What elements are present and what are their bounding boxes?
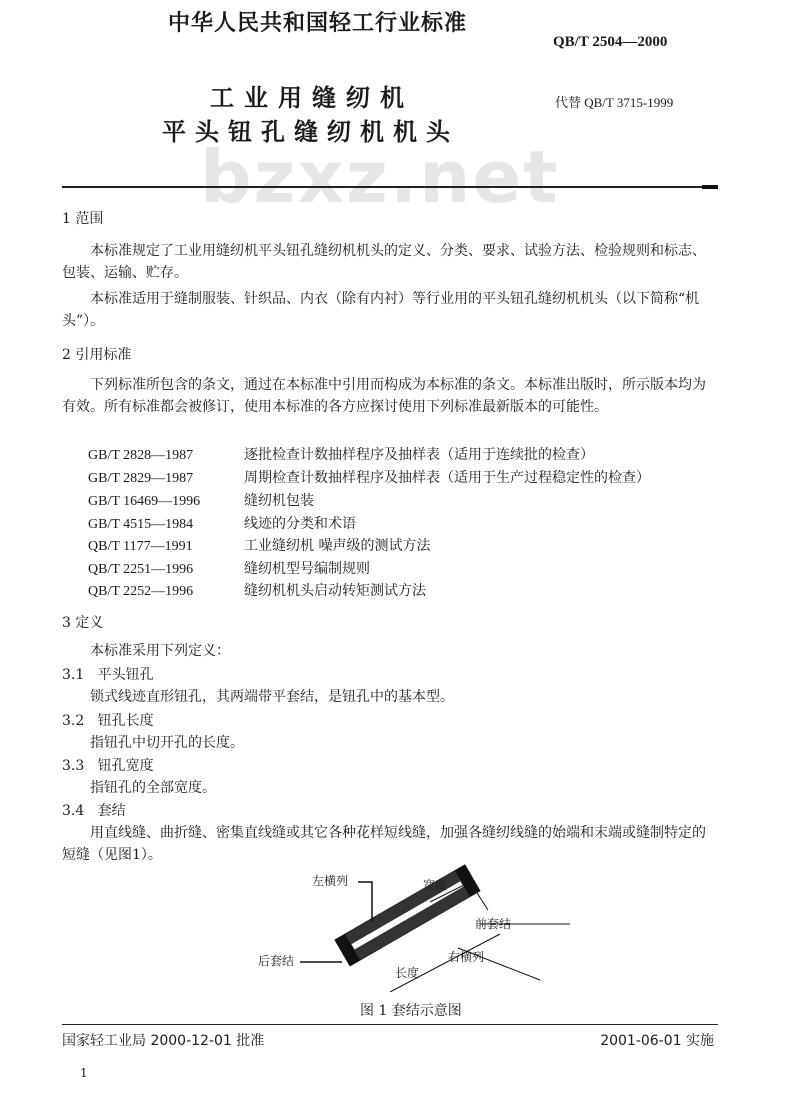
definition-text: 用直线缝、曲折缝、密集直线缝或其它各种花样短线缝，加强各缝纫线缝的始端和末端或缝… xyxy=(62,822,718,866)
definition-text: 指钮孔中切开孔的长度。 xyxy=(90,732,244,752)
section-1-heading: 1 范围 xyxy=(62,208,103,228)
footer-rule xyxy=(62,1024,718,1025)
header-rule-end xyxy=(702,185,718,189)
definition-term: 3.3 钮孔宽度 xyxy=(62,755,154,775)
page-number: 1 xyxy=(80,1066,88,1080)
definition-text: 锁式线迹直形钮孔，其两端带平套结，是钮孔中的基本型。 xyxy=(90,686,454,706)
reference-item: QB/T 2252—1996缝纫机机头启动转矩测试方法 xyxy=(88,580,426,600)
label-rear-bartack: 后套结 xyxy=(258,952,294,969)
definition-term: 3.4 套结 xyxy=(62,800,126,820)
section-3-heading: 3 定义 xyxy=(62,612,103,632)
header-rule xyxy=(62,186,718,188)
label-front-bartack: 前套结 xyxy=(475,915,511,932)
reference-item: GB/T 2829—1987周期检查计数抽样程序及抽样表（适用于生产过程稳定性的… xyxy=(88,467,650,487)
reference-item: GB/T 2828—1987逐批检查计数抽样程序及抽样表（适用于连续批的检查） xyxy=(88,444,594,464)
section-2-paragraph: 下列标准所包含的条文，通过在本标准中引用而构成为本标准的条文。本标准出版时，所示… xyxy=(62,374,718,418)
effective-date: 2001-06-01 实施 xyxy=(600,1030,714,1050)
section-1-paragraph-2: 本标准适用于缝制服装、针织品、内衣（除有内衬）等行业用的平头钮孔缝纫机机头（以下… xyxy=(62,288,718,332)
standard-number: QB/T 2504—2000 xyxy=(553,34,667,51)
reference-item: QB/T 2251—1996缝纫机型号编制规则 xyxy=(88,558,370,578)
label-length: 长度 xyxy=(395,964,419,981)
approval-note: 国家轻工业局 2000-12-01 批准 xyxy=(62,1030,264,1050)
watermark: bzxz.net xyxy=(200,135,560,219)
label-left-edge: 左横列 xyxy=(312,872,348,889)
definition-term: 3.1 平头钮孔 xyxy=(62,664,154,684)
definition-text: 指钮孔的全部宽度。 xyxy=(90,777,216,797)
replaces-note: 代替 QB/T 3715-1999 xyxy=(555,92,673,111)
reference-item: GB/T 16469—1996缝纫机包装 xyxy=(88,490,314,510)
section-2-heading: 2 引用标准 xyxy=(62,344,131,364)
definition-term: 3.2 钮孔长度 xyxy=(62,710,154,730)
figure-caption: 图 1 套结示意图 xyxy=(360,1000,462,1020)
section-1-paragraph-1: 本标准规定了工业用缝纫机平头钮孔缝纫机机头的定义、分类、要求、试验方法、检验规则… xyxy=(62,240,718,284)
section-3-intro: 本标准采用下列定义： xyxy=(90,640,230,660)
reference-item: GB/T 4515—1984线迹的分类和术语 xyxy=(88,513,356,533)
label-right-edge: 右横列 xyxy=(448,948,484,965)
doc-title-line2: 平头钮孔缝纫机机头 xyxy=(162,112,459,147)
org-title: 中华人民共和国轻工行业标准 xyxy=(168,6,467,37)
doc-title-line1: 工业用缝纫机 xyxy=(210,78,414,113)
reference-item: QB/T 1177—1991工业缝纫机 噪声级的测试方法 xyxy=(88,535,430,555)
label-width: 宽度 xyxy=(423,876,447,893)
